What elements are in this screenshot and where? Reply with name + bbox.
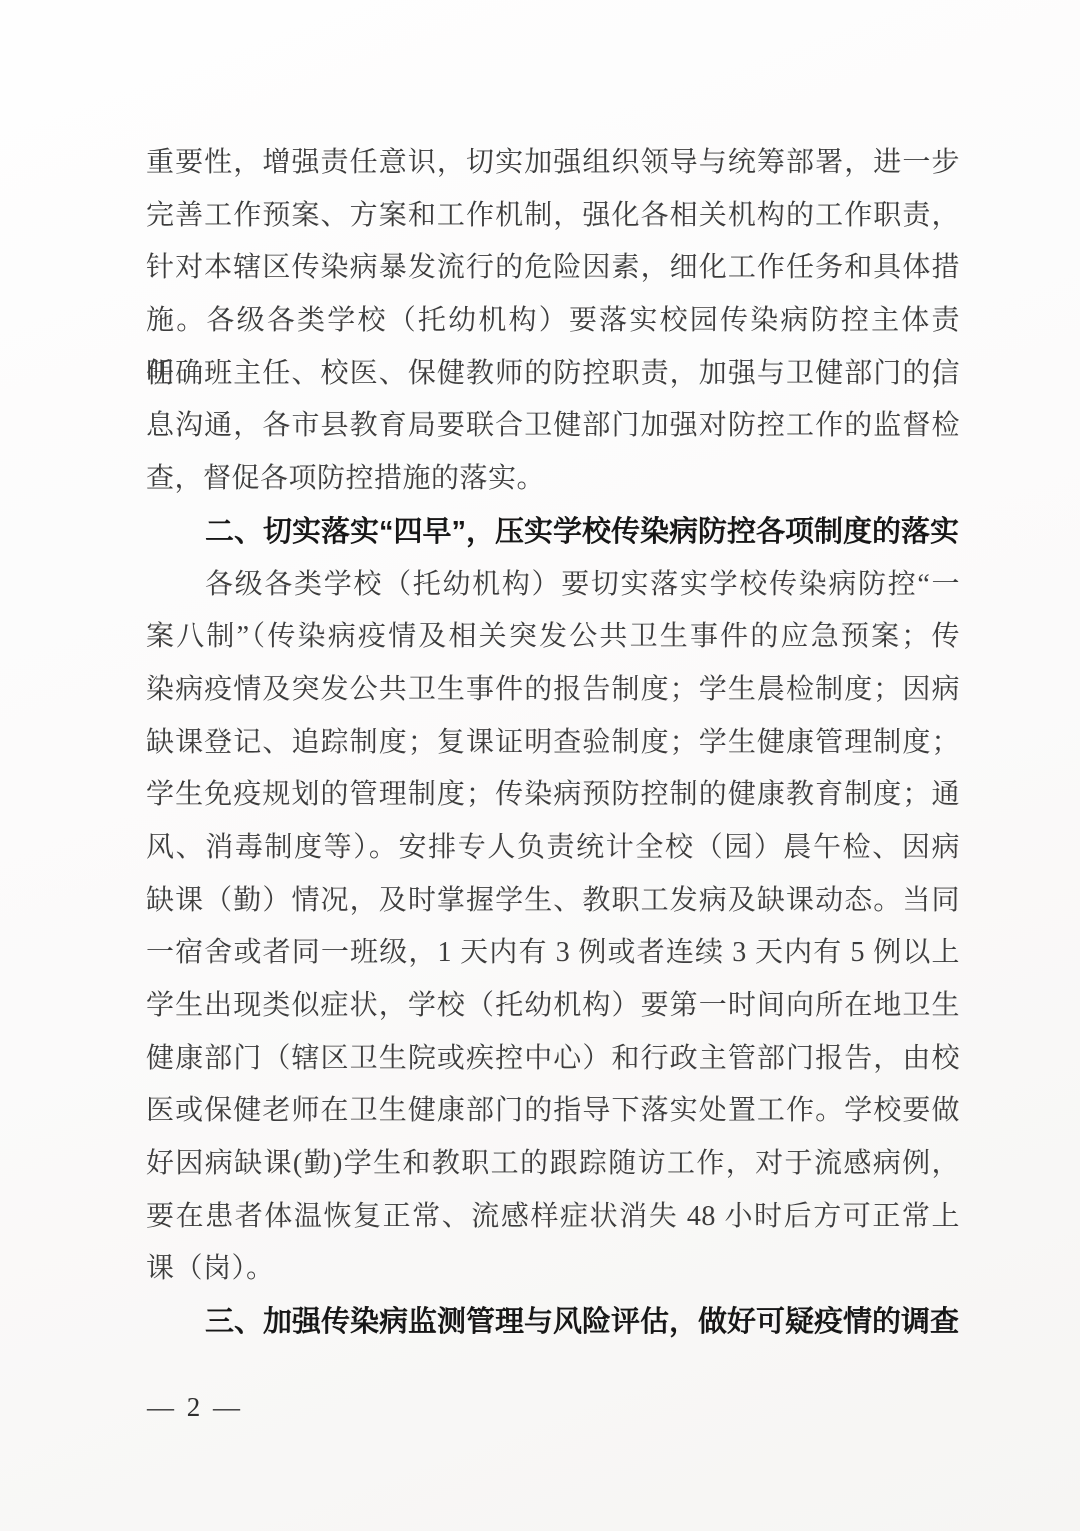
text-line: 学生免疫规划的管理制度；传染病预防控制的健康教育制度；通: [146, 769, 960, 822]
text-line: 学生出现类似症状，学校（托幼机构）要第一时间向所在地卫生: [146, 980, 960, 1033]
text-line: 一宿舍或者同一班级，1 天内有 3 例或者连续 3 天内有 5 例以上: [146, 927, 960, 980]
text-line: 查，督促各项防控措施的落实。: [146, 453, 960, 506]
page-number: — 2 —: [147, 1390, 243, 1424]
document-page: 重要性，增强责任意识，切实加强组织领导与统筹部署，进一步完善工作预案、方案和工作…: [0, 0, 1080, 1531]
section-heading: 二、切实落实“四早”，压实学校传染病防控各项制度的落实: [146, 506, 960, 559]
text-line: 健康部门（辖区卫生院或疾控中心）和行政主管部门报告，由校: [146, 1033, 960, 1086]
text-line: 缺课（勤）情况，及时掌握学生、教职工发病及缺课动态。当同: [146, 875, 960, 928]
text-line: 施。各级各类学校（托幼机构）要落实校园传染病防控主体责任，: [146, 295, 960, 348]
text-line: 明确班主任、校医、保健教师的防控职责，加强与卫健部门的信: [146, 348, 960, 401]
text-line: 好因病缺课(勤)学生和教职工的跟踪随访工作，对于流感病例，: [146, 1138, 960, 1191]
text-line: 缺课登记、追踪制度；复课证明查验制度；学生健康管理制度；: [146, 717, 960, 770]
text-line: 染病疫情及突发公共卫生事件的报告制度；学生晨检制度；因病: [146, 664, 960, 717]
text-line: 风、消毒制度等）。安排专人负责统计全校（园）晨午检、因病: [146, 822, 960, 875]
text-line: 案八制”（传染病疫情及相关突发公共卫生事件的应急预案；传: [146, 611, 960, 664]
document-body: 重要性，增强责任意识，切实加强组织领导与统筹部署，进一步完善工作预案、方案和工作…: [146, 137, 960, 1349]
text-line: 各级各类学校（托幼机构）要切实落实学校传染病防控“一: [146, 559, 960, 612]
text-line: 重要性，增强责任意识，切实加强组织领导与统筹部署，进一步: [146, 137, 960, 190]
text-line: 医或保健老师在卫生健康部门的指导下落实处置工作。学校要做: [146, 1085, 960, 1138]
text-line: 课（岗）。: [146, 1243, 960, 1296]
section-heading: 三、加强传染病监测管理与风险评估，做好可疑疫情的调查: [146, 1296, 960, 1349]
text-line: 要在患者体温恢复正常、流感样症状消失 48 小时后方可正常上: [146, 1191, 960, 1244]
text-line: 完善工作预案、方案和工作机制，强化各相关机构的工作职责，: [146, 190, 960, 243]
text-line: 息沟通，各市县教育局要联合卫健部门加强对防控工作的监督检: [146, 400, 960, 453]
text-line: 针对本辖区传染病暴发流行的危险因素，细化工作任务和具体措: [146, 242, 960, 295]
